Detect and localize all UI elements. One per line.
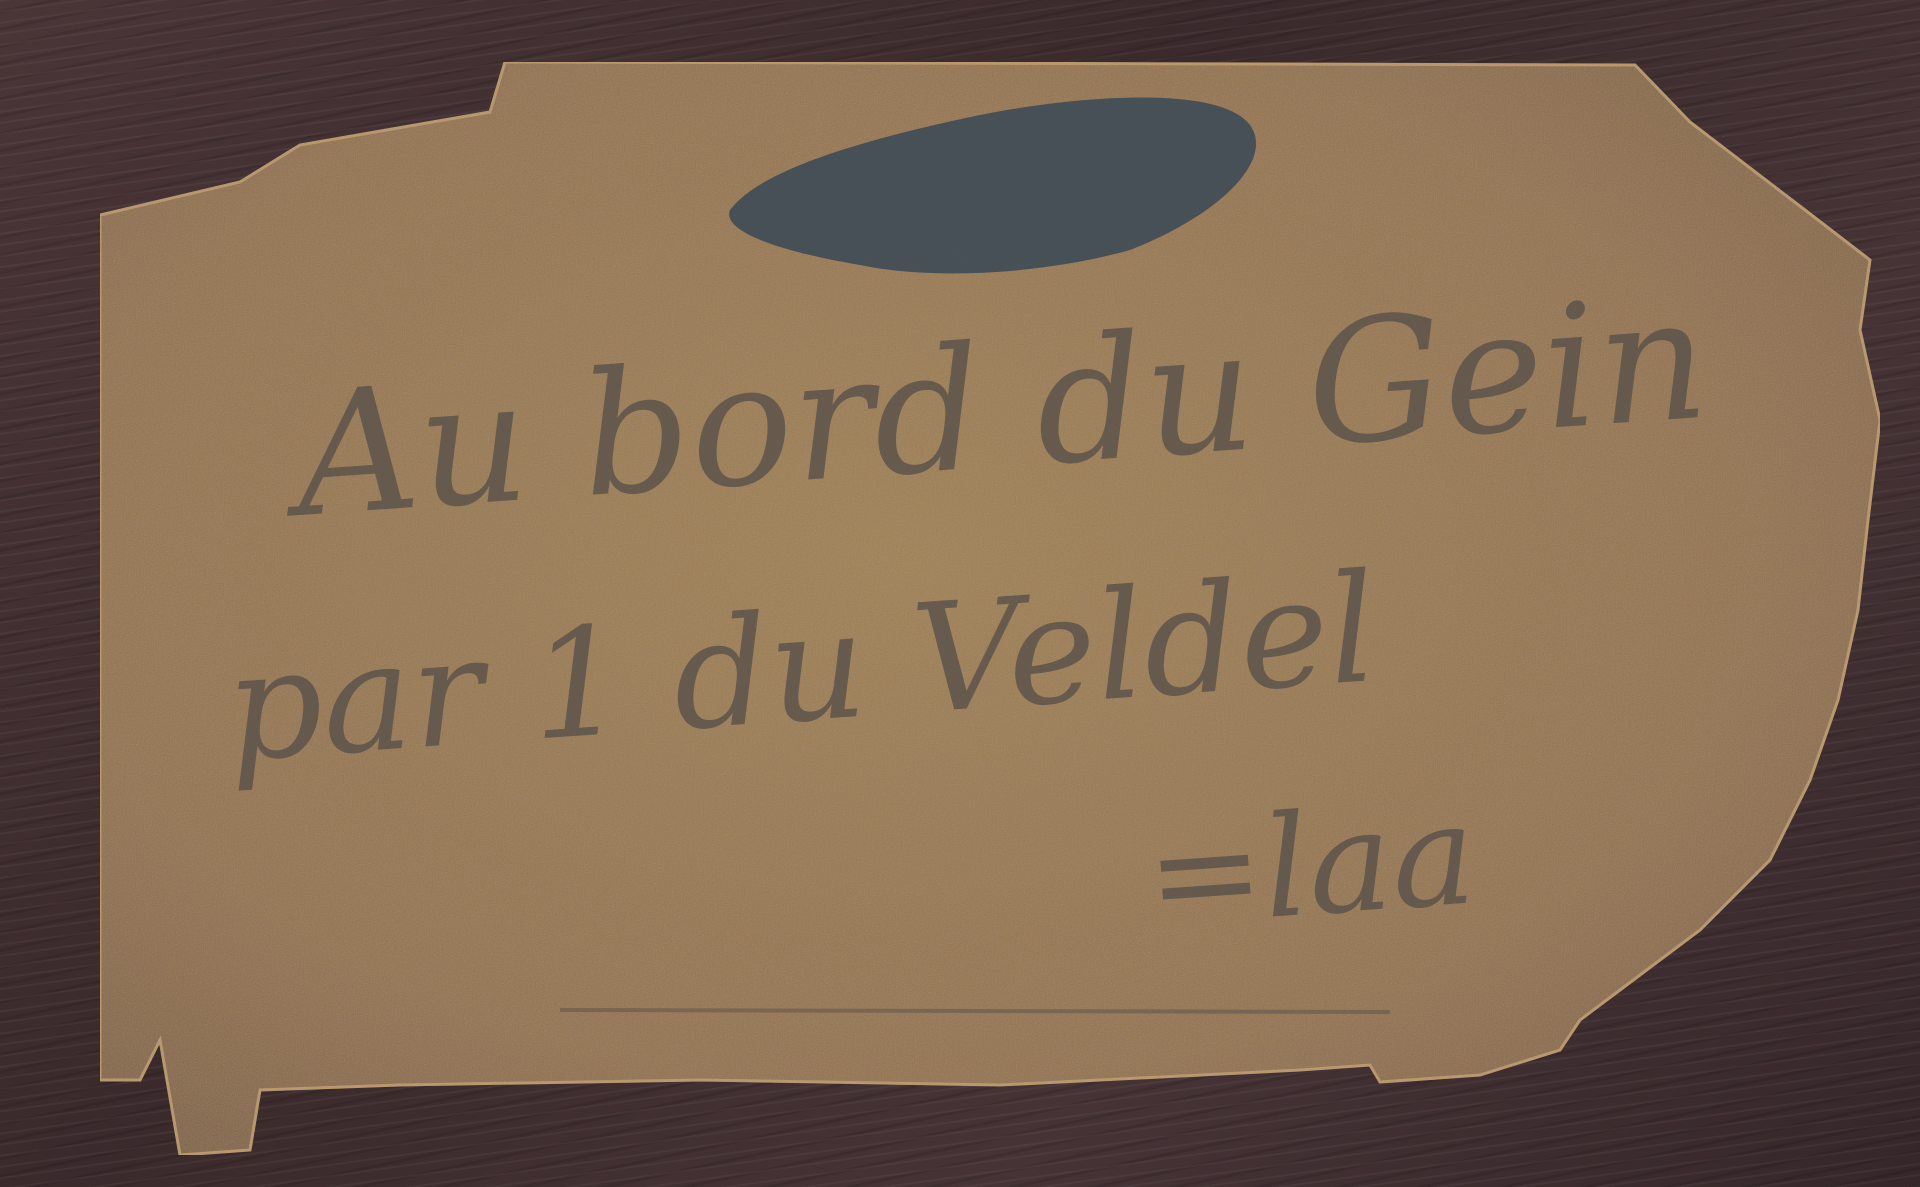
- wood-background: Au bord du Gein par 1 du Veldel =laa: [0, 0, 1920, 1187]
- paper-label: Au bord du Gein par 1 du Veldel =laa: [0, 0, 1920, 1187]
- label-line-3: =laa: [1141, 773, 1481, 959]
- pencil-underline: [560, 1010, 1390, 1012]
